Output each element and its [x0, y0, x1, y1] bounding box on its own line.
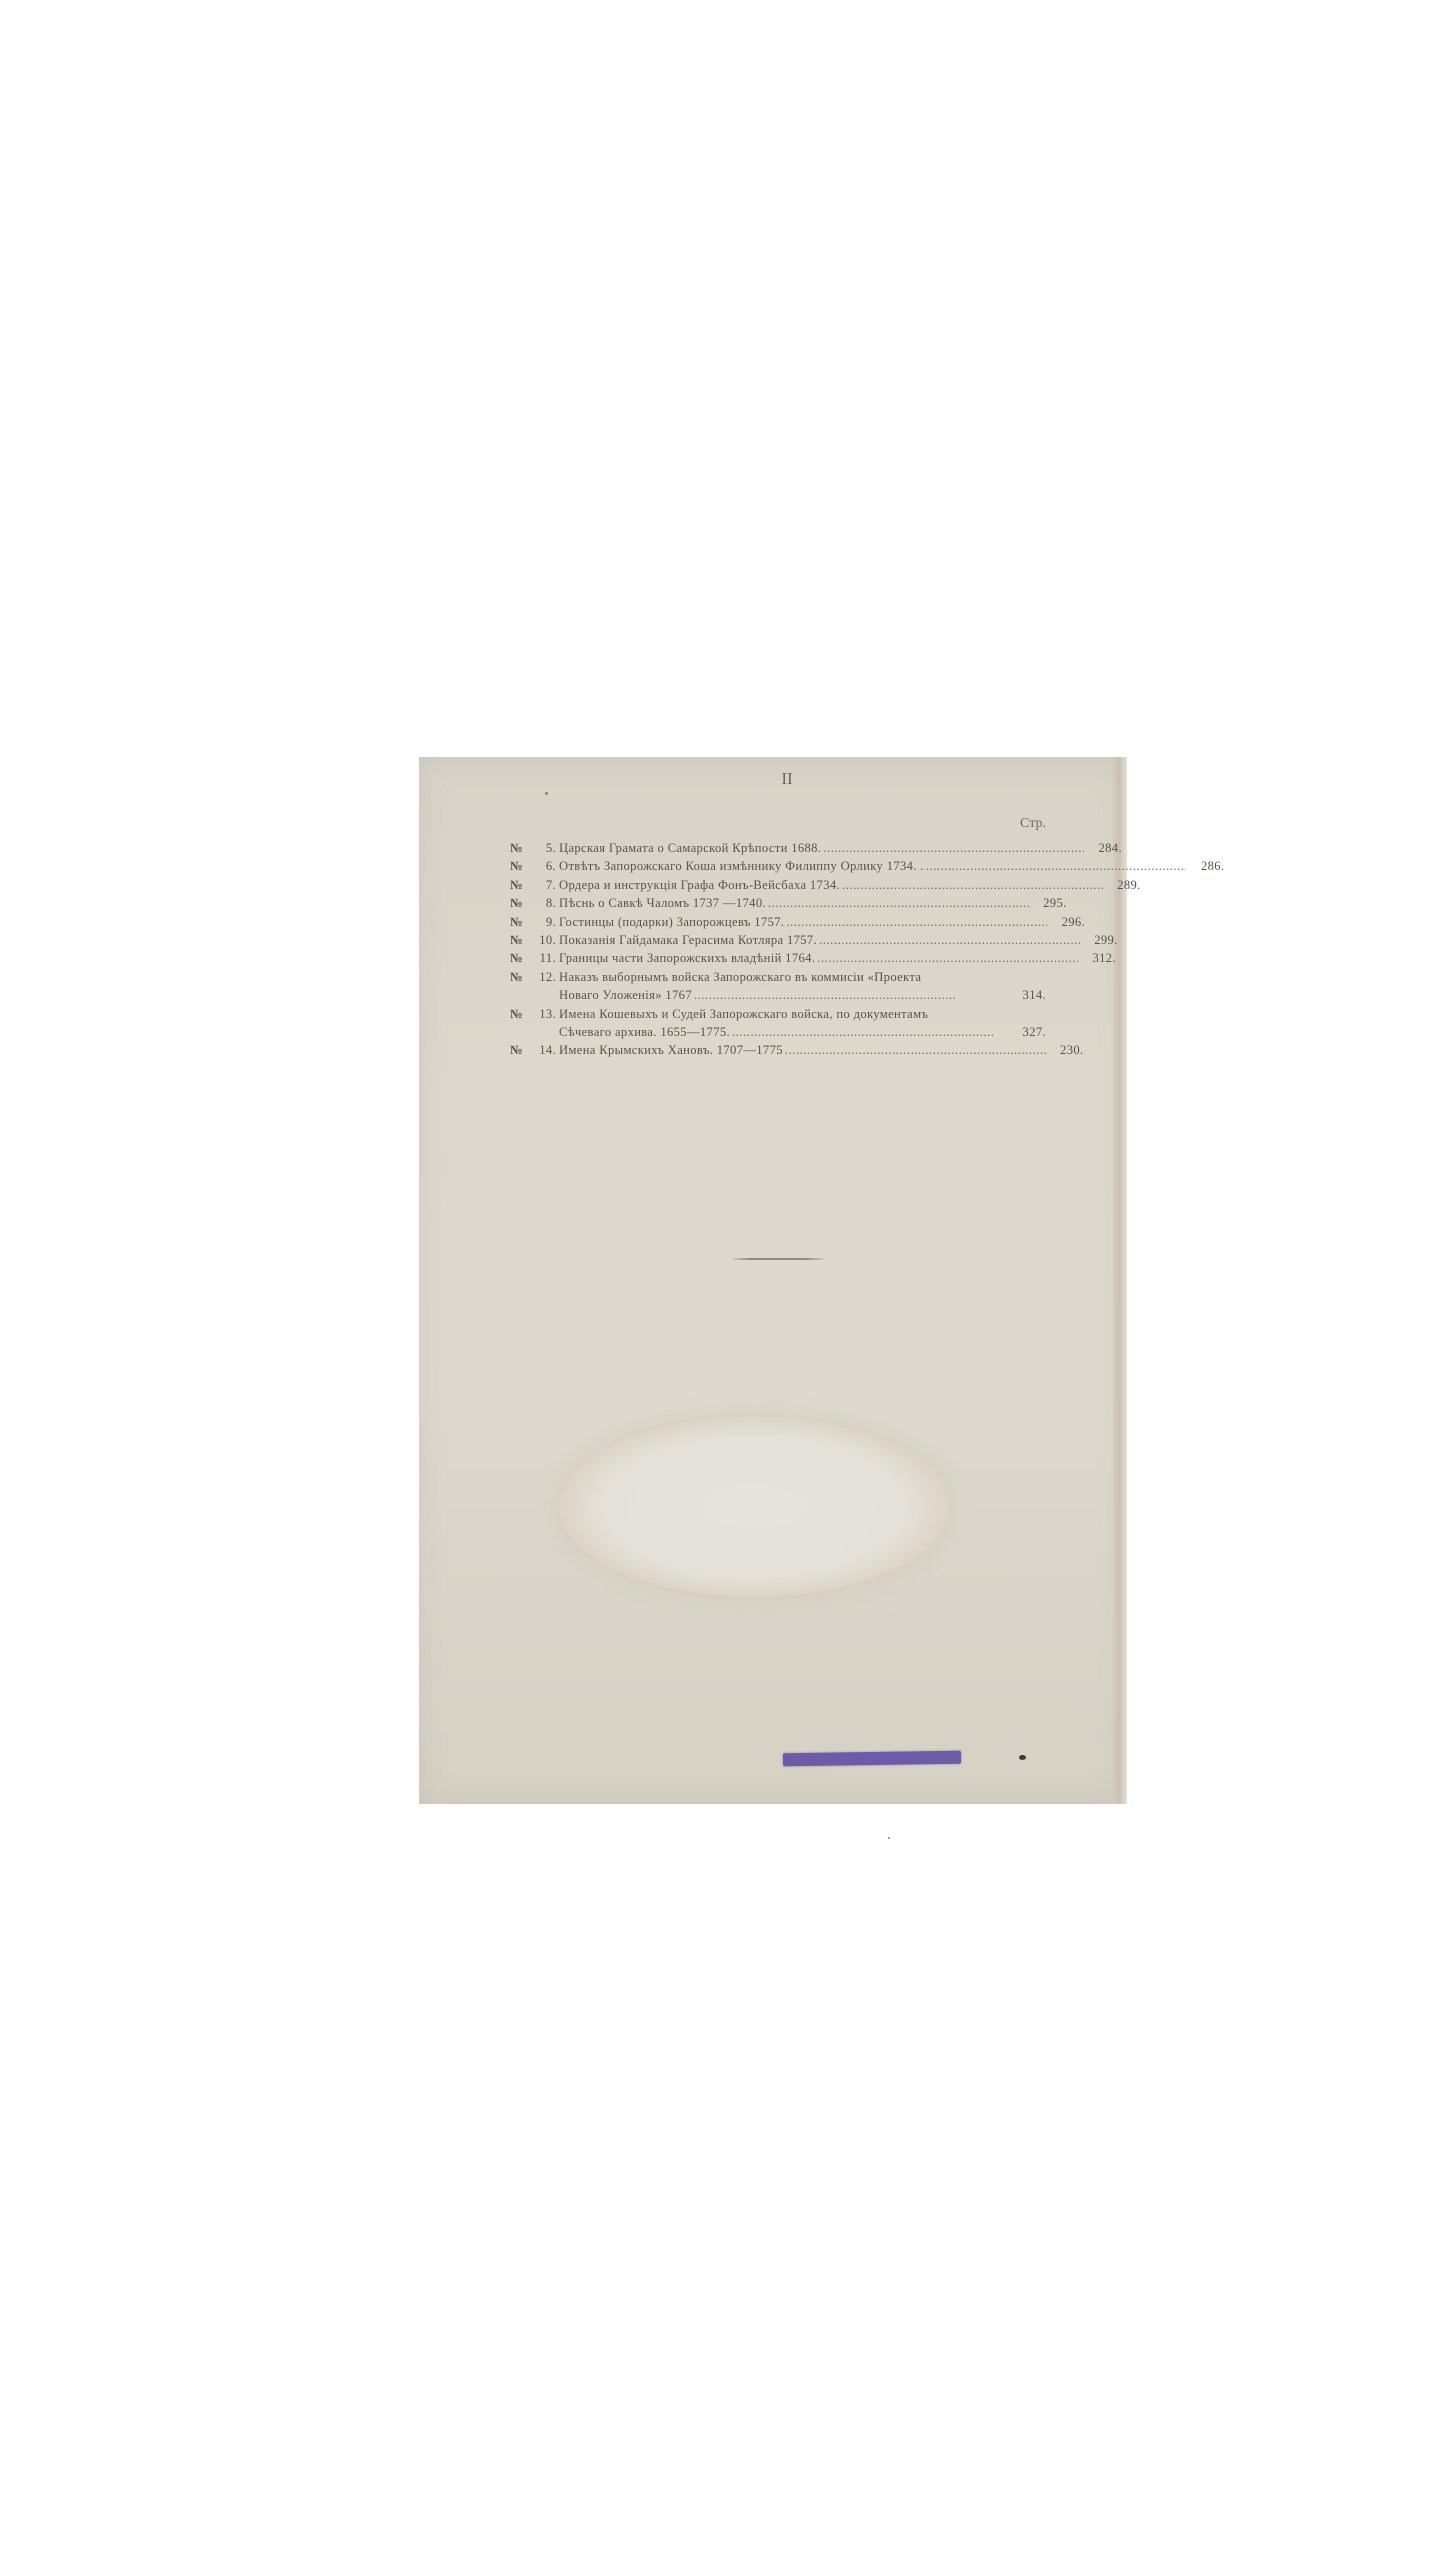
- number-sign: №: [510, 949, 528, 967]
- entry-title: Отвѣтъ Запорожскаго Коша измѣннику Филип…: [559, 857, 924, 875]
- number-sign: №: [510, 1005, 528, 1023]
- toc-entry: №9.Гостинцы (подарки) Запорожцевъ 1757.2…: [510, 913, 1046, 931]
- ink-speck: [545, 792, 548, 795]
- toc-entry: №11.Границы части Запорожскихъ владѣній …: [510, 949, 1046, 967]
- page-column-label: Стр.: [1020, 816, 1046, 832]
- number-sign: №: [510, 876, 528, 894]
- entry-number: 8.: [528, 894, 559, 912]
- number-sign: №: [510, 931, 528, 949]
- toc-entry: №10.Показанія Гайдамака Герасима Котляра…: [510, 931, 1046, 949]
- number-sign: №: [510, 839, 528, 857]
- entry-title: Границы части Запорожскихъ владѣній 1764…: [559, 949, 815, 967]
- entry-title: Наказъ выборнымъ войска Запорожскаго въ …: [559, 968, 921, 986]
- ink-speck: [888, 1837, 890, 1839]
- entry-title: Имена Крымскихъ Хановъ. 1707—1775: [559, 1041, 783, 1059]
- entry-title: Пѣснь о Савкѣ Чаломъ 1737 —1740.: [559, 894, 766, 912]
- entry-page-number: 230.: [1050, 1041, 1084, 1059]
- number-sign: №: [510, 894, 528, 912]
- entry-page-number: 289.: [1107, 876, 1141, 894]
- page-numeral: II: [419, 769, 1127, 789]
- number-sign: №: [510, 913, 528, 931]
- entry-page-number: 314.: [1012, 986, 1046, 1004]
- dot-leader: [768, 894, 1029, 912]
- entry-page-number: 312.: [1082, 949, 1116, 967]
- entry-page-number: 299.: [1084, 931, 1118, 949]
- entry-page-number: 296.: [1051, 913, 1085, 931]
- entry-title: Гостинцы (подарки) Запорожцевъ 1757.: [559, 913, 784, 931]
- entry-number: 10.: [528, 931, 559, 949]
- entry-page-number: 295.: [1033, 894, 1067, 912]
- entry-number: 11.: [528, 949, 559, 967]
- dot-leader: [785, 1041, 1046, 1059]
- entry-page-number: 284.: [1088, 839, 1122, 857]
- entry-title: Имена Кошевыхъ и Судей Запорожскаго войс…: [559, 1005, 928, 1023]
- entry-title: Сѣчеваго архива. 1655—1775.: [559, 1023, 730, 1041]
- entry-number: 12.: [528, 968, 559, 986]
- dot-leader: [823, 839, 1084, 857]
- entry-number: 14.: [528, 1041, 559, 1059]
- water-stain: [559, 1417, 949, 1597]
- dot-leader: [694, 986, 1008, 1004]
- table-of-contents: №5.Царская Грамата о Самарской Крѣпости …: [510, 839, 1046, 1060]
- toc-entry: №14.Имена Крымскихъ Хановъ. 1707—1775230…: [510, 1041, 1046, 1059]
- toc-entry: №8.Пѣснь о Савкѣ Чаломъ 1737 —1740.295.: [510, 894, 1046, 912]
- entry-number: 9.: [528, 913, 559, 931]
- entry-number: 5.: [528, 839, 559, 857]
- toc-entry: №6.Отвѣтъ Запорожскаго Коша измѣннику Фи…: [510, 857, 1046, 875]
- number-sign: №: [510, 1041, 528, 1059]
- toc-entry: №13.Имена Кошевыхъ и Судей Запорожскаго …: [510, 1005, 1046, 1042]
- dot-leader: [786, 913, 1047, 931]
- decorative-rule: [733, 1258, 823, 1260]
- book-page: II Стр. №5.Царская Грамата о Самарской К…: [419, 757, 1127, 1804]
- entry-title: Новаго Уложенія» 1767: [559, 986, 692, 1004]
- entry-title: Показанія Гайдамака Герасима Котляра 175…: [559, 931, 817, 949]
- toc-entry: №5.Царская Грамата о Самарской Крѣпости …: [510, 839, 1046, 857]
- toc-entry: №7.Ордера и инструкція Графа Фонъ-Вейсба…: [510, 876, 1046, 894]
- number-sign: №: [510, 968, 528, 986]
- dot-leader: [817, 949, 1078, 967]
- dot-leader: [842, 876, 1103, 894]
- number-sign: №: [510, 857, 528, 875]
- entry-page-number: 286.: [1190, 857, 1224, 875]
- dot-leader: [926, 857, 1187, 875]
- entry-number: 6.: [528, 857, 559, 875]
- entry-number: 13.: [528, 1005, 559, 1023]
- entry-title: Ордера и инструкція Графа Фонъ-Вейсбаха …: [559, 876, 840, 894]
- library-stamp-mark: [783, 1751, 961, 1766]
- page-spine-edge: [1113, 757, 1127, 1804]
- entry-number: 7.: [528, 876, 559, 894]
- dot-leader: [732, 1023, 1008, 1041]
- dot-leader: [819, 931, 1080, 949]
- entry-title: Царская Грамата о Самарской Крѣпости 168…: [559, 839, 821, 857]
- entry-page-number: 327.: [1012, 1023, 1046, 1041]
- ink-blot: [1019, 1755, 1026, 1760]
- toc-entry: №12.Наказъ выборнымъ войска Запорожскаго…: [510, 968, 1046, 1005]
